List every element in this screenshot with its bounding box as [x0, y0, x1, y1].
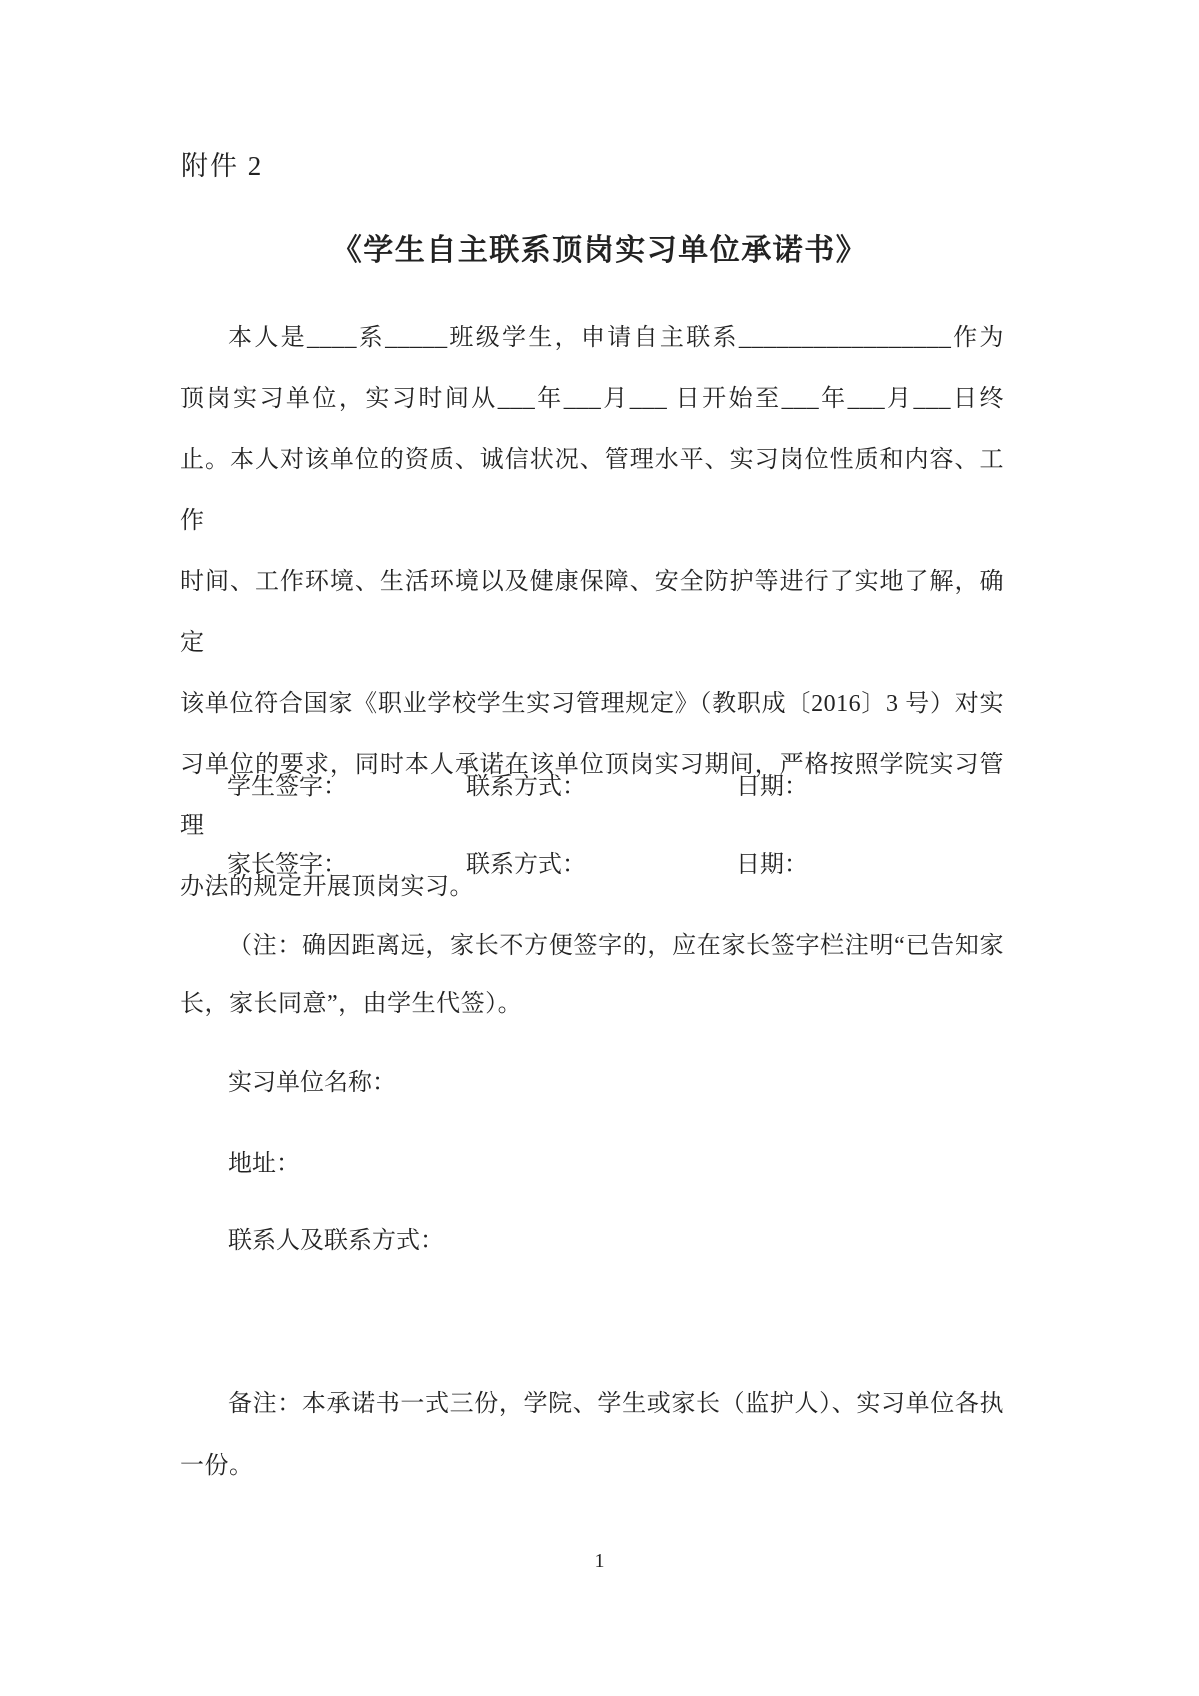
- remark-paragraph: 备注：本承诺书一式三份，学院、学生或家长（监护人）、实习单位各执 一份。: [180, 1373, 1004, 1497]
- note-line: 长，家长同意”，由学生代签）。: [180, 975, 1004, 1033]
- document-page: 附件 2 《学生自主联系顶岗实习单位承诺书》 本人是____系_____班级学生…: [0, 0, 1199, 1696]
- note-paragraph: （注：确因距离远，家长不方便签字的，应在家长签字栏注明“已告知家 长，家长同意”…: [180, 917, 1004, 1033]
- body-paragraph: 本人是____系_____班级学生，申请自主联系________________…: [180, 308, 1004, 918]
- body-line: 时间、工作环境、生活环境以及健康保障、安全防护等进行了实地了解，确定: [180, 552, 1004, 674]
- body-line: 顶岗实习单位，实习时间从___年___月___ 日开始至___年___月___日…: [180, 369, 1004, 430]
- page-title: 《学生自主联系顶岗实习单位承诺书》: [0, 228, 1199, 274]
- student-date-label: 日期：: [736, 770, 808, 804]
- student-signature-row: 学生签字： 联系方式： 日期：: [180, 770, 1004, 804]
- student-contact-label: 联系方式：: [466, 770, 586, 804]
- page-number: 1: [0, 1549, 1199, 1573]
- internship-unit-name-label: 实习单位名称：: [228, 1066, 396, 1100]
- address-label: 地址：: [228, 1147, 300, 1181]
- parent-date-label: 日期：: [736, 848, 808, 882]
- contact-person-label: 联系人及联系方式：: [228, 1224, 444, 1258]
- body-line: 该单位符合国家《职业学校学生实习管理规定》（教职成〔2016〕3 号）对实: [180, 674, 1004, 735]
- parent-signature-row: 家长签字： 联系方式： 日期：: [180, 848, 1004, 882]
- remark-line: 一份。: [180, 1435, 1004, 1497]
- body-line: 止。本人对该单位的资质、诚信状况、管理水平、实习岗位性质和内容、工作: [180, 430, 1004, 552]
- note-line: （注：确因距离远，家长不方便签字的，应在家长签字栏注明“已告知家: [180, 917, 1004, 975]
- body-line: 本人是____系_____班级学生，申请自主联系________________…: [180, 308, 1004, 369]
- parent-contact-label: 联系方式：: [466, 848, 586, 882]
- attachment-label: 附件 2: [181, 148, 263, 184]
- remark-line: 备注：本承诺书一式三份，学院、学生或家长（监护人）、实习单位各执: [180, 1373, 1004, 1435]
- parent-signature-label: 家长签字：: [227, 848, 347, 882]
- student-signature-label: 学生签字：: [227, 770, 347, 804]
